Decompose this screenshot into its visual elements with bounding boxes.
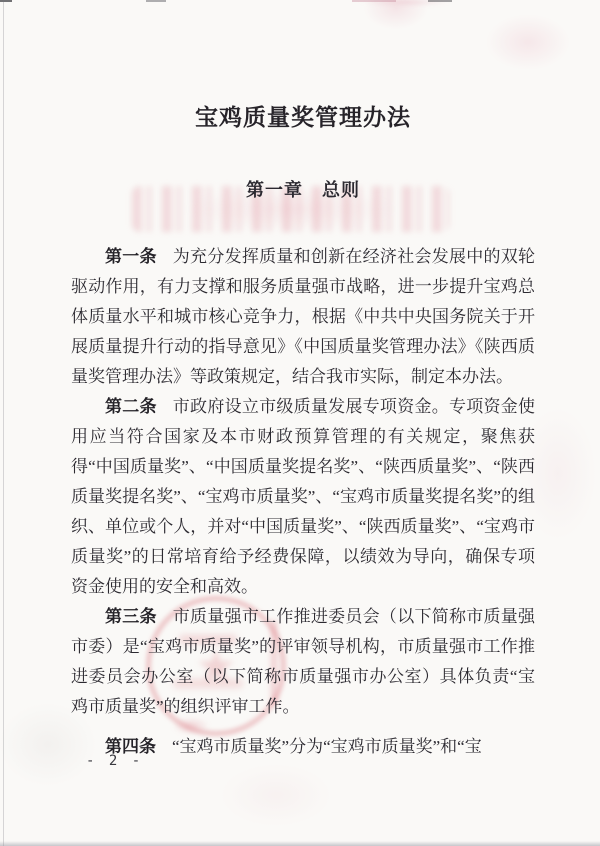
scan-left-edge-artifact [3, 0, 4, 846]
article-2: 第二条市政府设立市级质量发展专项资金。专项资金使用应当符合国家及本市财政预算管理… [71, 392, 535, 602]
article-list: 第一条为充分发挥质量和创新在经济社会发展中的双轮驱动作用，有力支撑和服务质量强市… [71, 242, 535, 762]
article-2-text: 市政府设立市级质量发展专项资金。专项资金使用应当符合国家及本市财政预算管理的有关… [71, 397, 535, 596]
page-number: - 2 - [86, 753, 143, 769]
article-4-text: “宝鸡市质量奖”分为“宝鸡市质量奖”和“宝 [172, 737, 482, 756]
chapter-heading: 第一章 总则 [71, 176, 535, 202]
scan-bottom-edge-artifact [0, 841, 600, 846]
document-title: 宝鸡质量奖管理办法 [71, 99, 535, 132]
article-1: 第一条为充分发挥质量和创新在经济社会发展中的双轮驱动作用，有力支撑和服务质量强市… [71, 242, 535, 392]
article-3-label: 第三条 [105, 607, 157, 627]
article-2-label: 第二条 [105, 397, 157, 417]
article-1-text: 为充分发挥质量和创新在经济社会发展中的双轮驱动作用，有力支撑和服务质量强市战略，… [71, 247, 535, 386]
article-1-label: 第一条 [105, 247, 157, 267]
scan-top-edge-artifact [0, 0, 600, 2]
document-body: 宝鸡质量奖管理办法 第一章 总则 第一条为充分发挥质量和创新在经济社会发展中的双… [71, 99, 535, 762]
article-3: 第三条市质量强市工作推进委员会（以下简称市质量强市委）是“宝鸡市质量奖”的评审领… [71, 602, 535, 722]
scanned-document-page: ★ 宝鸡质量奖管理办法 第一章 总则 第一条为充分发挥质量和创新在经济社会发展中… [0, 0, 600, 846]
